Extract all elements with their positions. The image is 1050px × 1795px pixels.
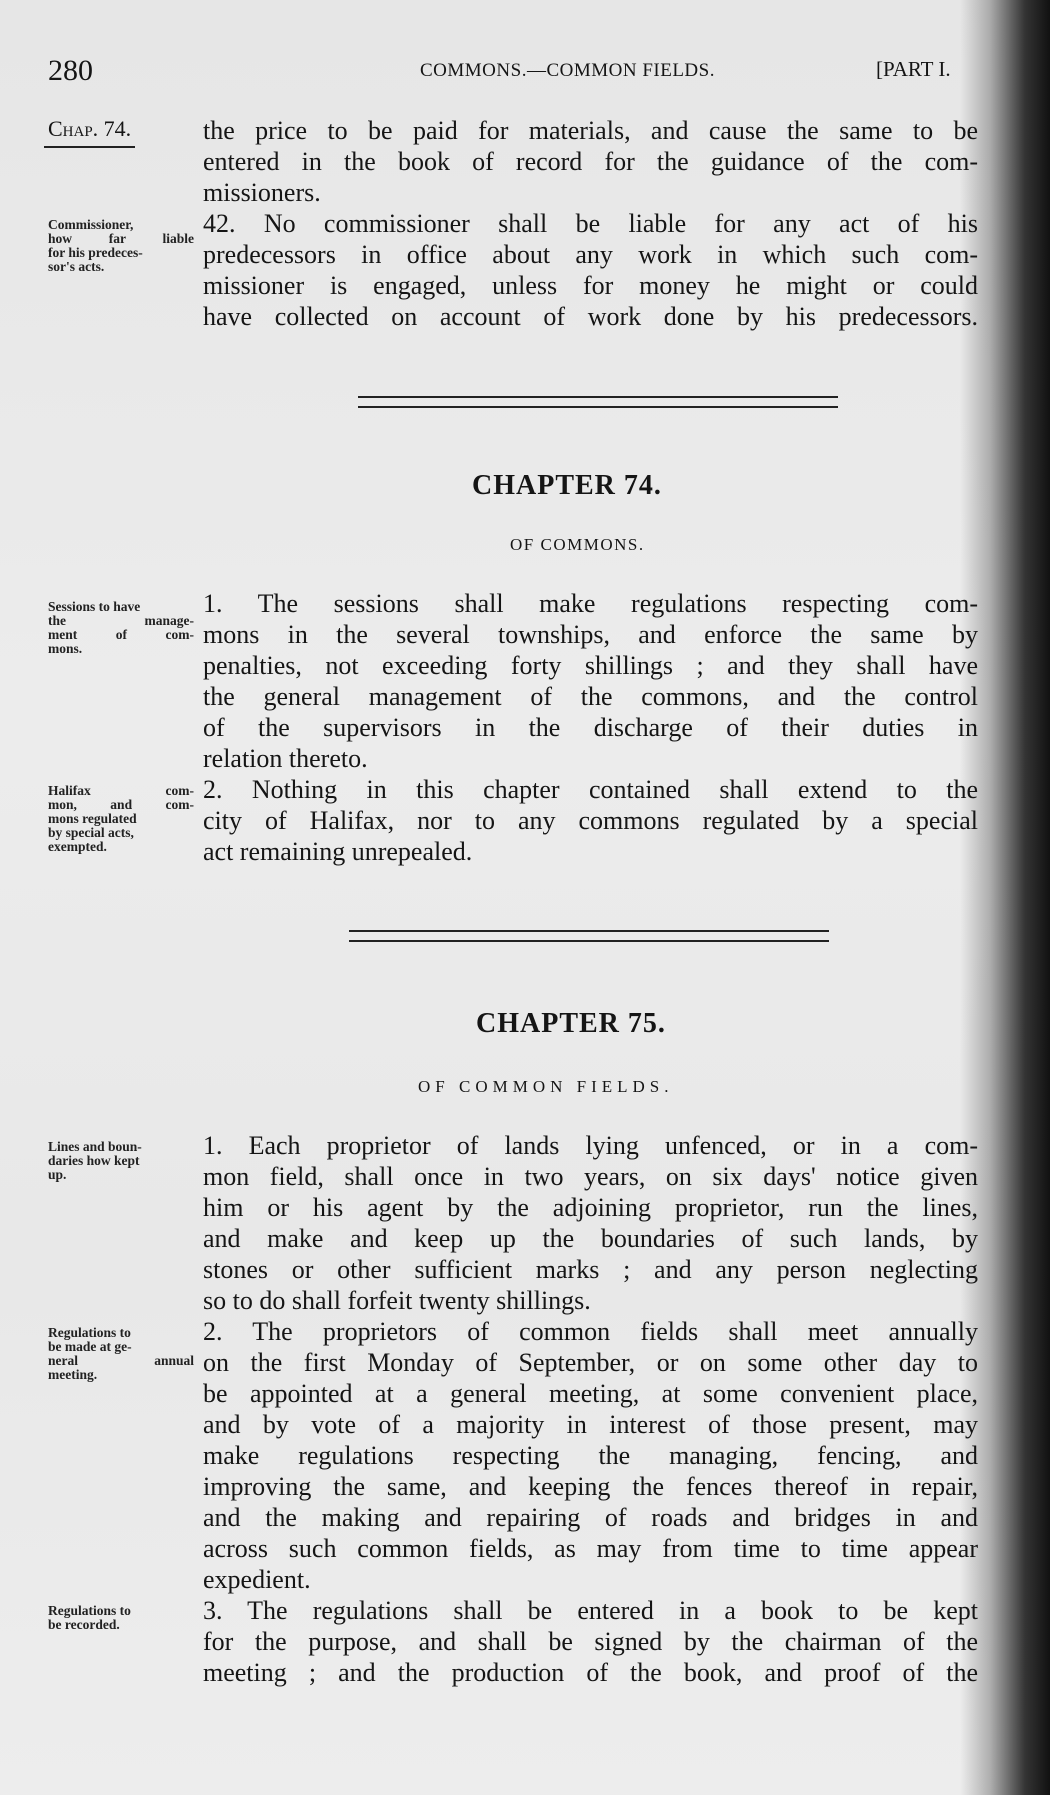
body-line: for the purpose, and shall be signed by …: [203, 1626, 978, 1657]
body-line: mons in the several townships, and enfor…: [203, 619, 978, 650]
body-line: have collected on account of work done b…: [203, 301, 978, 332]
body-line: and the making and repairing of roads an…: [203, 1502, 978, 1533]
double-rule: [358, 396, 838, 408]
body-line: so to do shall forfeit twenty shillings.: [203, 1285, 978, 1316]
page-number: 280: [48, 54, 93, 88]
body-line: across such common fields, as may from t…: [203, 1533, 978, 1564]
chapter-title: CHAPTER 74.: [472, 470, 662, 502]
sidenote: Halifax com- mon, and com- mons regulate…: [48, 784, 194, 854]
body-line: predecessors in office about any work in…: [203, 239, 978, 270]
chapter-title: CHAPTER 75.: [476, 1008, 666, 1040]
body-line: of the supervisors in the discharge of t…: [203, 712, 978, 743]
body-line: and by vote of a majority in interest of…: [203, 1409, 978, 1440]
body-line: on the first Monday of September, or on …: [203, 1347, 978, 1378]
sidenote: Commissioner, how far liable for his pre…: [48, 218, 194, 274]
body-line: mon field, shall once in two years, on s…: [203, 1161, 978, 1192]
body-line: expedient.: [203, 1564, 978, 1595]
body-line: missioner is engaged, unless for money h…: [203, 270, 978, 301]
chapter-subtitle: OF COMMONS.: [510, 535, 645, 555]
body-line: 1. The sessions shall make regulations r…: [203, 588, 978, 619]
chapter-marker: Chap. 74.: [44, 116, 135, 148]
double-rule: [349, 930, 829, 942]
body-line: the general management of the commons, a…: [203, 681, 978, 712]
sidenote: Sessions to have the manage- ment of com…: [48, 600, 194, 656]
sidenote: Regulations to be made at ge- neral annu…: [48, 1326, 194, 1382]
body-line: and make and keep up the boundaries of s…: [203, 1223, 978, 1254]
chapter-subtitle: OF COMMON FIELDS.: [418, 1077, 674, 1097]
body-line: 42. No commissioner shall be liable for …: [203, 208, 978, 239]
running-title: COMMONS.—COMMON FIELDS.: [420, 60, 715, 82]
body-line: 3. The regulations shall be entered in a…: [203, 1595, 978, 1626]
body-line: relation thereto.: [203, 743, 978, 774]
body-line: penalties, not exceeding forty shillings…: [203, 650, 978, 681]
body-line: missioners.: [203, 177, 978, 208]
body-line: entered in the book of record for the gu…: [203, 146, 978, 177]
body-line: the price to be paid for materials, and …: [203, 115, 978, 146]
body-line: him or his agent by the adjoining propri…: [203, 1192, 978, 1223]
sidenote: Regulations to be recorded.: [48, 1604, 194, 1632]
body-line: be appointed at a general meeting, at so…: [203, 1378, 978, 1409]
body-line: stones or other sufficient marks ; and a…: [203, 1254, 978, 1285]
body-line: 2. The proprietors of common fields shal…: [203, 1316, 978, 1347]
body-line: meeting ; and the production of the book…: [203, 1657, 978, 1688]
body-line: make regulations respecting the managing…: [203, 1440, 978, 1471]
scanned-page: 280 COMMONS.—COMMON FIELDS. [PART I. Cha…: [0, 0, 1050, 1795]
body-line: 2. Nothing in this chapter contained sha…: [203, 774, 978, 805]
sidenote: Lines and boun- daries how kept up.: [48, 1140, 194, 1182]
part-label: [PART I.: [876, 57, 951, 82]
body-line: 1. Each proprietor of lands lying unfenc…: [203, 1130, 978, 1161]
body-line: improving the same, and keeping the fenc…: [203, 1471, 978, 1502]
body-line: city of Halifax, nor to any commons regu…: [203, 805, 978, 836]
body-line: act remaining unrepealed.: [203, 836, 978, 867]
